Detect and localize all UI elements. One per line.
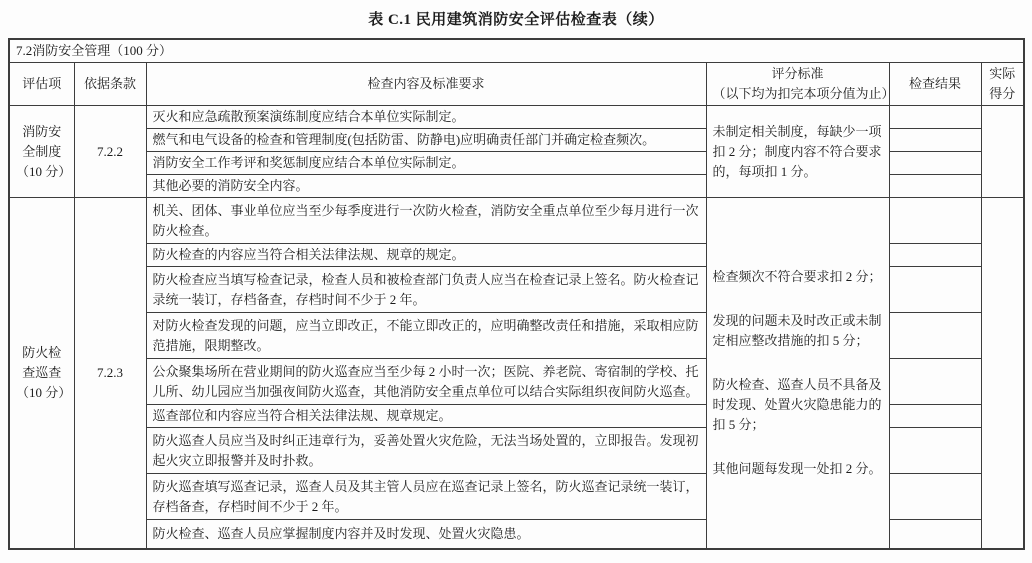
check-result-cell <box>889 129 981 152</box>
scoring-header-line1: 评分标准 <box>713 64 883 84</box>
assessment-item-cell: 防火检查巡查（10 分） <box>9 198 74 549</box>
check-result-cell <box>889 106 981 129</box>
check-content-cell: 消防安全工作考评和奖惩制度应结合本单位实际制定。 <box>146 152 706 175</box>
column-header-score: 实际得分 <box>981 63 1024 106</box>
column-header-scoring: 评分标准 （以下均为扣完本项分值为止） <box>706 63 889 106</box>
check-content-cell: 防火巡查填写巡查记录，巡查人员及其主管人员应在巡查记录上签名，防火巡查记录统一装… <box>146 474 706 520</box>
check-result-cell <box>889 474 981 520</box>
clause-cell: 7.2.2 <box>74 106 146 198</box>
scoring-rule: 发现的问题未及时改正或未制定相应整改措施的扣 5 分； <box>713 311 883 351</box>
scoring-rule: 检查频次不符合要求扣 2 分； <box>713 267 883 287</box>
page-title: 表 C.1 民用建筑消防安全评估检查表（续） <box>0 0 1032 29</box>
check-result-cell <box>889 313 981 359</box>
section-header: 7.2消防安全管理（100 分） <box>9 39 1024 63</box>
column-header-item: 评估项 <box>9 63 74 106</box>
table-header-row: 评估项 依据条款 检查内容及标准要求 评分标准 （以下均为扣完本项分值为止） 检… <box>9 63 1024 106</box>
actual-score-cell <box>981 106 1024 198</box>
check-result-cell <box>889 267 981 313</box>
table-row: 消防安全制度（10 分） 7.2.2 灭火和应急疏散预案演练制度应结合本单位实际… <box>9 106 1024 129</box>
check-content-cell: 灭火和应急疏散预案演练制度应结合本单位实际制定。 <box>146 106 706 129</box>
table-row: 防火检查巡查（10 分） 7.2.3 机关、团体、事业单位应当至少每季度进行一次… <box>9 198 1024 244</box>
check-content-cell: 防火巡查人员应当及时纠正违章行为，妥善处置火灾危险，无法当场处置的，立即报告。发… <box>146 428 706 474</box>
check-content-cell: 机关、团体、事业单位应当至少每季度进行一次防火检查，消防安全重点单位至少每月进行… <box>146 198 706 244</box>
document-page: 表 C.1 民用建筑消防安全评估检查表（续） 7.2消防安全管理（100 分） … <box>0 0 1032 563</box>
check-result-cell <box>889 359 981 405</box>
column-header-content: 检查内容及标准要求 <box>146 63 706 106</box>
check-result-cell <box>889 198 981 244</box>
actual-score-cell <box>981 198 1024 549</box>
scoring-cell: 检查频次不符合要求扣 2 分； 发现的问题未及时改正或未制定相应整改措施的扣 5… <box>706 198 889 549</box>
assessment-item-cell: 消防安全制度（10 分） <box>9 106 74 198</box>
scoring-rule: 防火检查、巡查人员不具备及时发现、处置火灾隐患能力的扣 5 分； <box>713 375 883 435</box>
check-result-cell <box>889 152 981 175</box>
check-content-cell: 公众聚集场所在营业期间的防火巡查应当至少每 2 小时一次；医院、养老院、寄宿制的… <box>146 359 706 405</box>
assessment-checklist-table: 7.2消防安全管理（100 分） 评估项 依据条款 检查内容及标准要求 评分标准… <box>8 38 1025 550</box>
check-result-cell <box>889 244 981 267</box>
column-header-clause: 依据条款 <box>74 63 146 106</box>
table-row: 7.2消防安全管理（100 分） <box>9 39 1024 63</box>
check-result-cell <box>889 175 981 198</box>
scoring-header-line2: （以下均为扣完本项分值为止） <box>713 84 883 104</box>
check-result-cell <box>889 405 981 428</box>
check-result-cell <box>889 520 981 549</box>
column-header-result: 检查结果 <box>889 63 981 106</box>
check-content-cell: 防火检查应当填写检查记录，检查人员和被检查部门负责人应当在检查记录上签名。防火检… <box>146 267 706 313</box>
check-result-cell <box>889 428 981 474</box>
check-content-cell: 防火检查的内容应当符合相关法律法规、规章的规定。 <box>146 244 706 267</box>
clause-cell: 7.2.3 <box>74 198 146 549</box>
scoring-rule: 其他问题每发现一处扣 2 分。 <box>713 459 883 479</box>
check-content-cell: 对防火检查发现的问题，应当立即改正，不能立即改正的，应明确整改责任和措施，采取相… <box>146 313 706 359</box>
check-content-cell: 其他必要的消防安全内容。 <box>146 175 706 198</box>
check-content-cell: 防火检查、巡查人员应掌握制度内容并及时发现、处置火灾隐患。 <box>146 520 706 549</box>
check-content-cell: 燃气和电气设备的检查和管理制度(包括防雷、防静电)应明确责任部门并确定检查频次。 <box>146 129 706 152</box>
check-content-cell: 巡查部位和内容应当符合相关法律法规、规章规定。 <box>146 405 706 428</box>
scoring-cell: 未制定相关制度，每缺少一项扣 2 分；制度内容不符合要求的，每项扣 1 分。 <box>706 106 889 198</box>
